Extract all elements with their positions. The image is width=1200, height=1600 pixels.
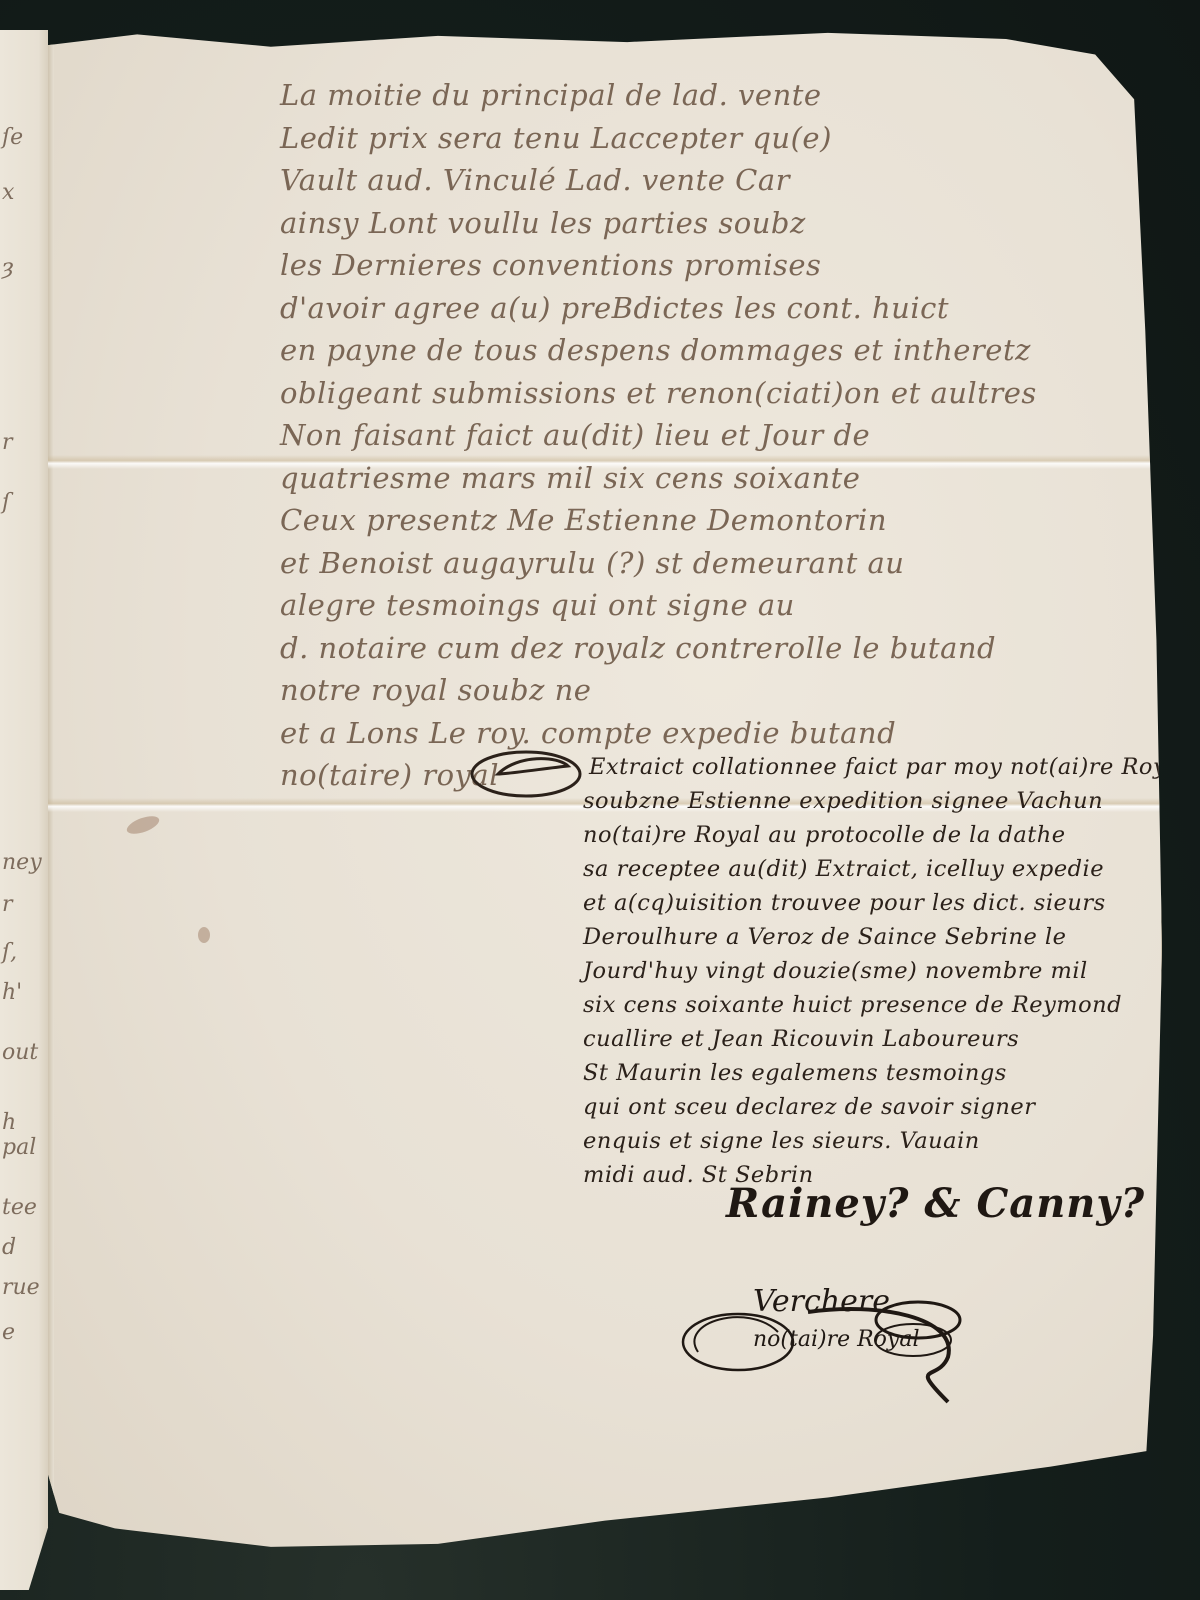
page-gutter bbox=[48, 22, 54, 1567]
text-line: enquis et signe les sieurs. Vauain bbox=[583, 1124, 1188, 1158]
text-line: sa receptee au(dit) Extraict, icelluy ex… bbox=[583, 852, 1188, 886]
left-page-fragment: x bbox=[2, 180, 14, 205]
attestation-block: Extraict collationnee faict par moy not(… bbox=[583, 750, 1188, 1192]
text-line: les Dernieres conventions promises bbox=[280, 244, 1037, 287]
left-page-fragment: ſe bbox=[2, 125, 23, 150]
text-line: ainsy Lont voullu les parties soubz bbox=[280, 202, 1037, 245]
text-line: cuallire et Jean Ricouvin Laboureurs bbox=[583, 1022, 1188, 1056]
text-line: Vault aud. Vinculé Lad. vente Car bbox=[280, 159, 1037, 202]
left-page-fragment: rue bbox=[2, 1275, 40, 1300]
text-line: et a(cq)uisition trouvee pour les dict. … bbox=[583, 886, 1188, 920]
text-line: Jourd'huy vingt douzie(sme) novembre mil bbox=[583, 954, 1188, 988]
text-line: Ledit prix sera tenu Laccepter qu(e) bbox=[280, 117, 1037, 160]
text-line: en payne de tous despens dommages et int… bbox=[280, 329, 1037, 372]
left-page-fragment: ney bbox=[2, 850, 42, 875]
text-line: soubzne Estienne expedition signee Vachu… bbox=[583, 784, 1188, 818]
left-page-fragment: r bbox=[2, 892, 13, 917]
text-line: et Benoist augayrulu (?) st demeurant au bbox=[280, 542, 1037, 585]
text-line: Deroulhure a Veroz de Saince Sebrine le bbox=[583, 920, 1188, 954]
left-page-fragment: ſ bbox=[2, 490, 10, 515]
ink-stain bbox=[198, 927, 210, 943]
text-line: six cens soixante huict presence de Reym… bbox=[583, 988, 1188, 1022]
left-page-fragment: d bbox=[2, 1235, 16, 1260]
left-page-fragment: e bbox=[2, 1320, 15, 1345]
left-page-fragment: ſ, bbox=[2, 940, 17, 965]
text-line: obligeant submissions et renon(ciati)on … bbox=[280, 372, 1037, 415]
left-facing-page: ſe x ȝ r ſ ney r ſ, h' out h pal tee d r… bbox=[0, 30, 48, 1590]
text-line: no(tai)re Royal au protocolle de la dath… bbox=[583, 818, 1188, 852]
signature-title: no(tai)re Royal bbox=[753, 1327, 920, 1352]
text-line: alegre tesmoings qui ont signe au bbox=[280, 584, 1037, 627]
main-text-block: La moitie du principal de lad. vente Led… bbox=[280, 74, 1037, 797]
initial-flourish-icon bbox=[468, 744, 588, 804]
ink-stain bbox=[125, 813, 162, 838]
left-page-fragment: h bbox=[2, 1110, 16, 1135]
text-line: notre royal soubz ne bbox=[280, 669, 1037, 712]
text-line: Ceux presentz Me Estienne Demontorin bbox=[280, 499, 1037, 542]
text-line: et a Lons Le roy. compte expedie butand bbox=[280, 712, 1037, 755]
text-line: Non faisant faict au(dit) lieu et Jour d… bbox=[280, 414, 1037, 457]
text-line: La moitie du principal de lad. vente bbox=[280, 74, 1037, 117]
left-page-fragment: ȝ bbox=[2, 255, 13, 280]
text-line: d. notaire cum dez royalz contrerolle le… bbox=[280, 627, 1037, 670]
text-line: quatriesme mars mil six cens soixante bbox=[280, 457, 1037, 500]
left-page-fragment: tee bbox=[2, 1195, 37, 1220]
left-page-fragment: pal bbox=[2, 1135, 36, 1160]
text-line: Extraict collationnee faict par moy not(… bbox=[583, 750, 1188, 784]
signature-verchere: Verchere bbox=[753, 1284, 890, 1319]
text-line: qui ont sceu declarez de savoir signer bbox=[583, 1090, 1188, 1124]
left-page-fragment: h' bbox=[2, 980, 22, 1005]
text-line: d'avoir agree a(u) preBdictes les cont. … bbox=[280, 287, 1037, 330]
text-line: St Maurin les egalemens tesmoings bbox=[583, 1056, 1188, 1090]
left-page-fragment: r bbox=[2, 430, 13, 455]
manuscript-page: La moitie du principal de lad. vente Led… bbox=[48, 22, 1162, 1567]
left-page-fragment: out bbox=[2, 1040, 38, 1065]
signature-first: Rainey? & Canny? bbox=[726, 1180, 1145, 1227]
